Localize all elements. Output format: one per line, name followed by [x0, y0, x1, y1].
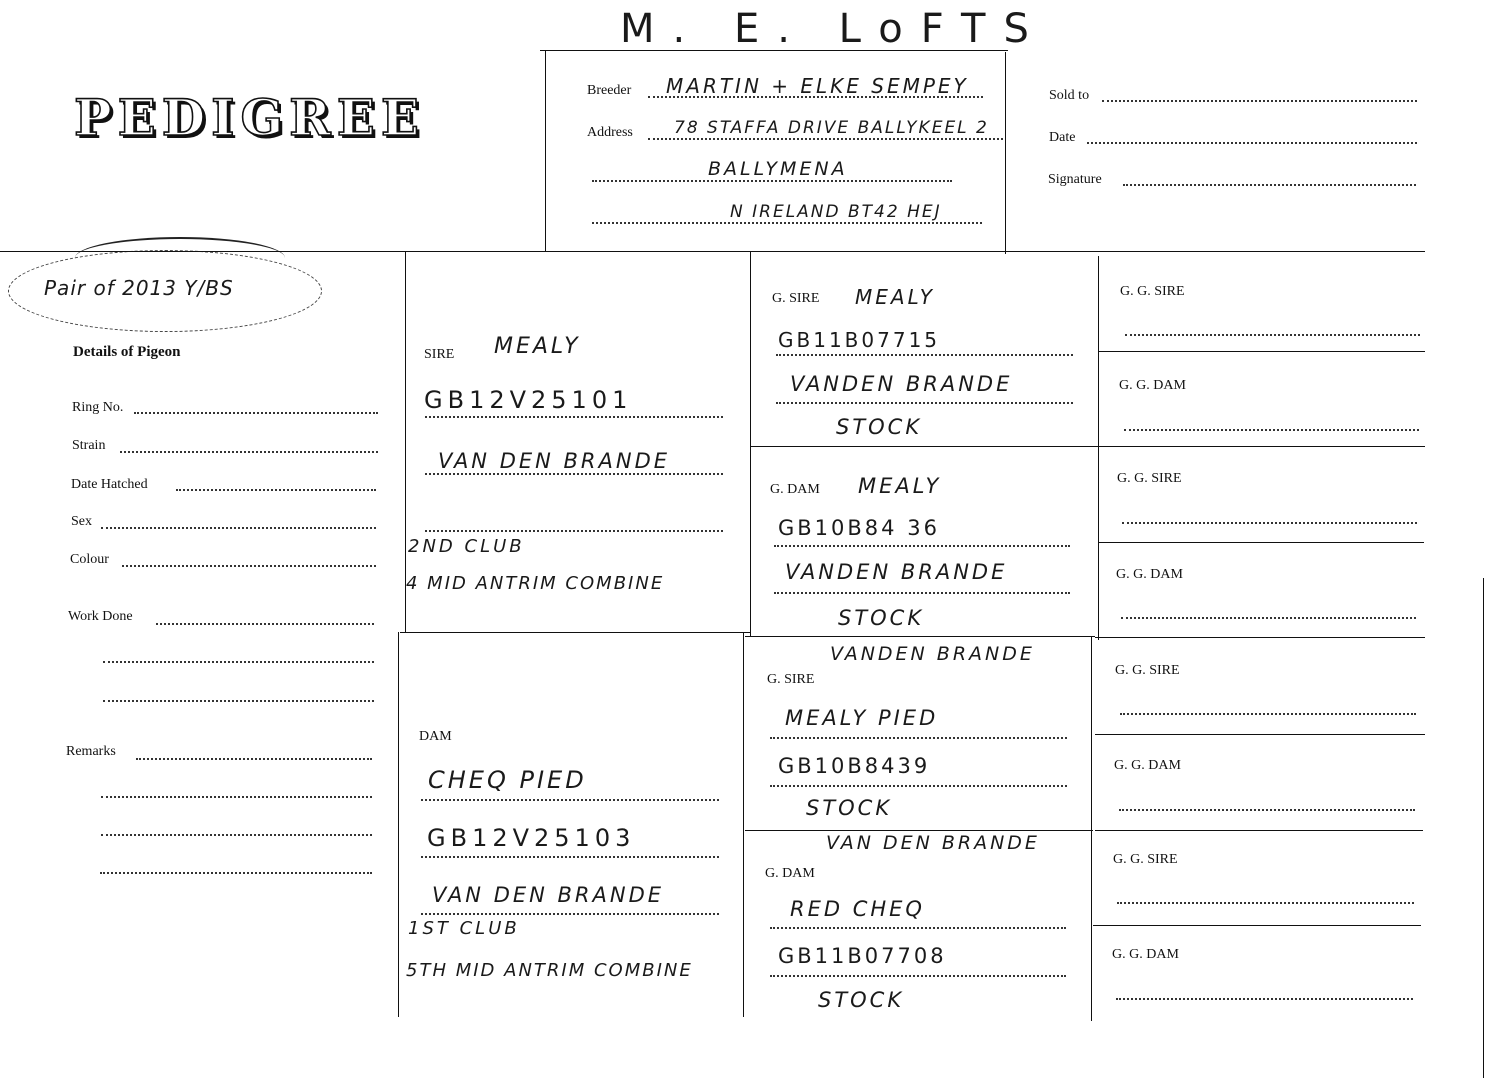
g-sire-note: STOCK [836, 415, 922, 439]
g-dam-ring: GB11B07708 [778, 944, 947, 968]
address-label: Address [587, 125, 633, 141]
g-sire-strain: VANDEN BRANDE [790, 372, 1012, 396]
sex-label: Sex [71, 514, 92, 530]
ring-no-field[interactable] [134, 412, 378, 414]
details-heading: Details of Pigeon [73, 344, 180, 361]
sex-field[interactable] [101, 527, 376, 529]
date-label: Date [1049, 130, 1075, 146]
gg-sire-label-1: G. G. SIRE [1120, 284, 1185, 300]
g-sire-note: STOCK [806, 796, 892, 820]
dam-note-1: 1ST CLUB [408, 918, 520, 939]
g-dam-ring: GB10B84 36 [778, 516, 940, 540]
gg-sire-label-4: G. G. SIRE [1113, 852, 1178, 868]
signature-field[interactable] [1123, 184, 1416, 186]
gg-dam-field-2[interactable] [1121, 617, 1416, 619]
gg-sire-field-1[interactable] [1125, 334, 1420, 336]
dam-label: DAM [419, 729, 452, 745]
date-hatched-label: Date Hatched [71, 477, 148, 493]
sire-colour: MEALY [494, 334, 581, 359]
gg-sire-field-3[interactable] [1120, 713, 1416, 715]
dam-strain: VAN DEN BRANDE [432, 883, 664, 907]
sold-to-label: Sold to [1049, 88, 1089, 104]
address-line-3: N IRELAND BT42 HEJ [730, 202, 942, 222]
g-sire-ring: GB10B8439 [778, 754, 930, 778]
date-hatched-field[interactable] [176, 489, 376, 491]
pair-note: Pair of 2013 Y/BS [44, 276, 234, 300]
dam-ring: GB12V25103 [427, 824, 635, 852]
address-line-1: 78 STAFFA DRIVE BALLYKEEL 2 [674, 118, 989, 138]
sire-note-2: 4 MID ANTRIM COMBINE [406, 573, 664, 594]
remarks-field[interactable] [136, 758, 372, 760]
gg-dam-field-1[interactable] [1124, 429, 1419, 431]
work-done-label: Work Done [68, 609, 133, 625]
g-sire-colour: MEALY PIED [785, 706, 938, 730]
breeder-label: Breeder [587, 83, 631, 99]
gg-dam-field-4[interactable] [1116, 998, 1413, 1000]
signature-label: Signature [1048, 172, 1102, 188]
gg-dam-label-4: G. G. DAM [1112, 947, 1179, 963]
g-dam-strain: VAN DEN BRANDE [826, 832, 1040, 854]
pedigree-title: PEDIGREE [74, 88, 425, 147]
dam-note-2: 5TH MID ANTRIM COMBINE [406, 960, 693, 981]
sire-note-1: 2ND CLUB [408, 536, 525, 557]
g-dam-note: STOCK [838, 606, 924, 630]
g-sire-strain: VANDEN BRANDE [830, 643, 1035, 665]
sire-strain: VAN DEN BRANDE [438, 449, 670, 473]
g-sire-colour: MEALY [855, 285, 935, 309]
g-dam-note: STOCK [818, 988, 904, 1012]
loft-name: M. E. LoFTS [620, 6, 1047, 52]
remarks-label: Remarks [66, 744, 116, 760]
gg-sire-label-3: G. G. SIRE [1115, 663, 1180, 679]
gg-dam-field-3[interactable] [1119, 809, 1415, 811]
address-line-2: BALLYMENA [708, 158, 848, 180]
g-dam-colour: MEALY [858, 474, 941, 498]
g-sire-label: G. SIRE [767, 672, 814, 688]
sire-ring: GB12V25101 [424, 386, 632, 414]
strain-field[interactable] [120, 451, 378, 453]
g-dam-label: G. DAM [765, 866, 815, 882]
breeder-value: MARTIN + ELKE SEMPEY [666, 74, 969, 98]
gg-sire-field-2[interactable] [1122, 522, 1417, 524]
g-sire-ring: GB11B07715 [778, 328, 940, 352]
colour-field[interactable] [122, 565, 376, 567]
ring-no-label: Ring No. [72, 400, 123, 416]
gg-dam-label-3: G. G. DAM [1114, 758, 1181, 774]
gg-sire-label-2: G. G. SIRE [1117, 471, 1182, 487]
work-done-field[interactable] [156, 623, 374, 625]
dam-colour: CHEQ PIED [428, 766, 587, 794]
g-dam-colour: RED CHEQ [790, 897, 925, 921]
date-field[interactable] [1087, 142, 1417, 144]
sold-to-field[interactable] [1102, 100, 1417, 102]
g-dam-strain: VANDEN BRANDE [785, 560, 1007, 584]
sire-label: SIRE [424, 347, 454, 363]
gg-dam-label-1: G. G. DAM [1119, 378, 1186, 394]
gg-dam-label-2: G. G. DAM [1116, 567, 1183, 583]
colour-label: Colour [70, 552, 109, 568]
gg-sire-field-4[interactable] [1117, 902, 1414, 904]
strain-label: Strain [72, 438, 105, 454]
g-sire-label: G. SIRE [772, 291, 819, 307]
g-dam-label: G. DAM [770, 482, 820, 498]
